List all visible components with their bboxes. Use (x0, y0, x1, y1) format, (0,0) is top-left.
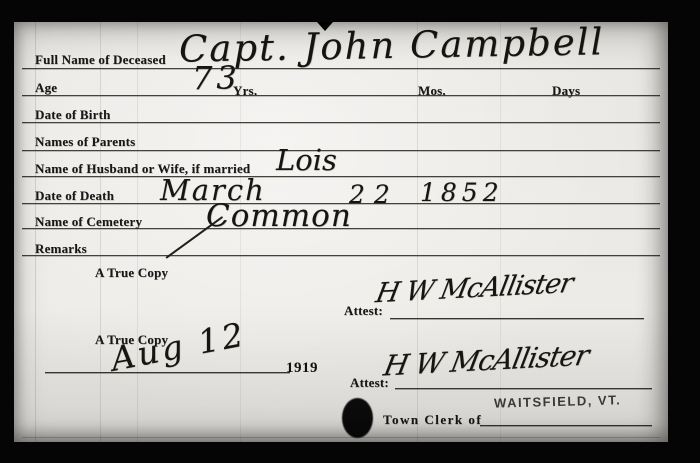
town-clerk-line (480, 425, 652, 426)
field-label-parents: Names of Parents (35, 134, 135, 150)
field-label-cemetery: Name of Cemetery (35, 214, 142, 230)
scan-crease (100, 22, 101, 442)
field-value-full-name: Capt. John Campbell (179, 23, 605, 67)
unit-label-mos: Mos. (418, 83, 446, 99)
town-clerk-label: Town Clerk of (383, 412, 482, 428)
ruled-line (22, 122, 660, 123)
attest-signature-line (390, 318, 644, 319)
field-value-age: 73 (192, 62, 241, 94)
printed-year-1919: 1919 (286, 360, 318, 377)
ruled-line (22, 150, 660, 151)
card-notch (317, 22, 333, 31)
attest-signature-1: H W McAllister (373, 270, 574, 308)
true-copy-label-1: A True Copy (95, 265, 168, 281)
unit-label-days: Days (552, 83, 580, 99)
field-label-date-of-birth: Date of Birth (35, 107, 111, 123)
field-label-date-of-death: Date of Death (35, 188, 114, 204)
attest-date-written: Aug 12 (108, 317, 248, 375)
field-label-full-name: Full Name of Deceased (35, 52, 166, 68)
town-stamp: WAITSFIELD, VT. (494, 392, 622, 410)
attest-signature-line (395, 388, 652, 389)
field-label-age: Age (35, 80, 57, 96)
ruled-line (22, 437, 660, 438)
field-value-spouse: Lois (276, 146, 337, 175)
record-card: Full Name of Deceased Age Yrs. Mos. Days… (14, 22, 668, 442)
date-line (45, 372, 290, 373)
attest-signature-2: H W McAllister (381, 341, 590, 380)
scan-crease (500, 22, 501, 442)
field-value-cemetery: Common (206, 201, 352, 232)
field-value-death-year: 1852 (420, 180, 504, 205)
field-label-remarks: Remarks (35, 241, 87, 257)
scan-crease (137, 22, 138, 442)
hole-punch (342, 398, 373, 438)
scanned-record-card: Full Name of Deceased Age Yrs. Mos. Days… (0, 0, 700, 463)
field-value-death-day: 22 (349, 182, 399, 207)
ruled-line (22, 68, 660, 69)
pen-flourish (165, 216, 223, 259)
ruled-line (22, 255, 660, 256)
